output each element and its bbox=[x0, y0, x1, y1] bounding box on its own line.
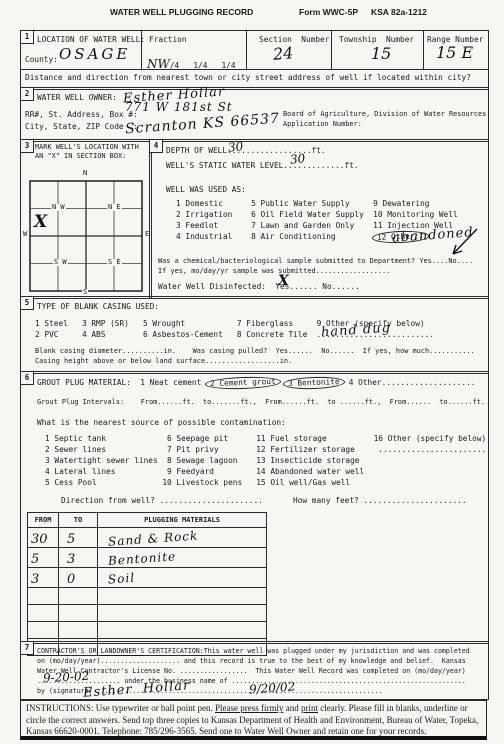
section-5-title: TYPE OF BLANK CASING USED: bbox=[37, 302, 159, 312]
from-value bbox=[28, 605, 59, 622]
section-3-title-line1: MARK WELL'S LOCATION WITH bbox=[35, 143, 139, 152]
section-5-number: 5 bbox=[20, 296, 34, 310]
instructions-underlined-2: print bbox=[301, 703, 318, 713]
quadrant-se-label: S E bbox=[107, 259, 122, 266]
section-3-title-line2: AN "X" IN SECTION BOX: bbox=[35, 152, 126, 161]
page-title: WATER WELL PLUGGING RECORD bbox=[110, 7, 253, 17]
to-value bbox=[59, 588, 98, 605]
water-well-plugging-record-form: WATER WELL PLUGGING RECORD Form WWC-5P K… bbox=[0, 0, 504, 744]
section-5-casing: 5 TYPE OF BLANK CASING USED: 1 Steel 3 R… bbox=[20, 296, 489, 374]
table-row: 3 0 Soil bbox=[28, 568, 267, 588]
grout-bentonite-circled: 3 Bentonite bbox=[283, 376, 345, 390]
address-label: RR#, St. Address, Box #: bbox=[25, 110, 138, 120]
section-1-number: 1 bbox=[20, 30, 34, 44]
material-value bbox=[98, 622, 267, 639]
casing-height-line: Casing height above or below land surfac… bbox=[35, 357, 292, 366]
table-row bbox=[28, 622, 267, 639]
county-value: OSAGE bbox=[59, 45, 130, 63]
section-3-number: 3 bbox=[20, 139, 34, 153]
grout-prefix: GROUT PLUG MATERIAL: 1 Neat cement bbox=[37, 378, 206, 387]
section-number-label: Section Number bbox=[259, 35, 329, 45]
cert-line1a: CONTRACTOR'S OR bbox=[37, 647, 101, 655]
compass-n-label: N bbox=[82, 170, 88, 177]
section-4-well-data: 4 DEPTH OF WELL..................ft. 30 … bbox=[149, 139, 489, 299]
use-options-row1: 1 Domestic 5 Public Water Supply 9 Dewat… bbox=[176, 199, 429, 209]
table-row bbox=[28, 605, 267, 622]
owner-label: WATER WELL OWNER: bbox=[37, 93, 117, 103]
hand-arrow-icon bbox=[444, 226, 480, 260]
address-value: 771 W 181st St bbox=[125, 100, 233, 114]
distance-question: Distance and direction from nearest town… bbox=[25, 73, 471, 83]
divider bbox=[21, 69, 488, 70]
col-materials: PLUGGING MATERIALS bbox=[98, 513, 267, 528]
section-7-certification: 7 CONTRACTOR'S OR LANDOWNER'S CERTIFICAT… bbox=[20, 641, 489, 700]
plugging-table-header-row: FROM TO PLUGGING MATERIALS bbox=[28, 513, 267, 528]
township-number-value: 15 bbox=[371, 44, 391, 63]
contamination-row4: 4 Lateral lines 9 Feedyard 14 Abandoned … bbox=[45, 467, 364, 477]
fraction-label: Fraction bbox=[149, 35, 187, 45]
plugging-table: FROM TO PLUGGING MATERIALS 30 5 Sand & R… bbox=[27, 512, 267, 656]
county-label: County: bbox=[25, 55, 58, 65]
to-value bbox=[59, 622, 98, 639]
cert-line3: Water Well Contractor's License No. ....… bbox=[37, 666, 466, 676]
material-value: Soil bbox=[98, 571, 136, 588]
section-1-title: LOCATION OF WATER WELL: bbox=[37, 35, 145, 45]
use-options-row4: 4 Industrial 8 Air Conditioning 12 Other… bbox=[176, 232, 428, 242]
contamination-row1: 1 Septic tank 6 Seepage pit 11 Fuel stor… bbox=[45, 434, 486, 444]
contamination-question: What is the nearest source of possible c… bbox=[37, 418, 286, 428]
from-value bbox=[28, 588, 59, 605]
table-row: 30 5 Sand & Rock bbox=[28, 528, 267, 548]
completed-date-value: 9-20-02 bbox=[43, 669, 90, 685]
application-number-label: Application Number: bbox=[283, 120, 362, 129]
range-number-value: 15 E bbox=[436, 43, 473, 62]
sample-question: Was a chemical/bacteriological sample su… bbox=[158, 257, 473, 266]
fraction-hand: NW bbox=[147, 57, 170, 71]
grout-cement-circled: 2 Cement grout bbox=[205, 376, 281, 391]
city-value: Scranton KS 66537 bbox=[125, 111, 281, 138]
cert-line2: on (mo/day/year).................... and… bbox=[37, 656, 466, 666]
fraction-printed: /4 1/4 1/4 bbox=[170, 61, 236, 70]
to-value: 5 bbox=[59, 532, 75, 547]
section-2-number: 2 bbox=[20, 87, 34, 101]
cert-line1: CONTRACTOR'S OR LANDOWNER'S CERTIFICATIO… bbox=[37, 646, 470, 656]
form-number: Form WWC-5P bbox=[299, 7, 358, 17]
from-value: 3 bbox=[28, 572, 39, 587]
cert-line1c: CERTIFICATION:This water well was plugge… bbox=[144, 647, 470, 655]
section-6-grout: 6 GROUT PLUG MATERIAL: 1 Neat cement 2 C… bbox=[20, 371, 489, 644]
divider bbox=[423, 31, 424, 69]
contamination-row5: 5 Cess Pool 10 Livestock pens 15 Oil wel… bbox=[45, 478, 350, 488]
section-6-number: 6 bbox=[20, 371, 34, 385]
statute-number: KSA 82a-1212 bbox=[371, 7, 427, 17]
instructions-underlined-1: Please press firmly bbox=[215, 703, 283, 713]
to-value: 0 bbox=[59, 572, 75, 587]
divider bbox=[246, 31, 247, 69]
grout-intervals-line: Grout Plug Intervals: From......ft. to..… bbox=[37, 398, 485, 407]
contamination-row3: 3 Watertight sewer lines 8 Sewage lagoon… bbox=[45, 456, 360, 466]
from-value: 5 bbox=[28, 552, 39, 567]
from-value bbox=[28, 622, 59, 639]
board-text: Board of Agriculture, Division of Water … bbox=[283, 110, 486, 119]
compass-w-label: W bbox=[22, 231, 28, 238]
static-level-line: WELL'S STATIC WATER LEVEL.............ft… bbox=[166, 161, 358, 171]
section-7-number: 7 bbox=[20, 641, 34, 655]
use-options-row4-text: 4 Industrial 8 Air Conditioning bbox=[176, 232, 373, 241]
grout-material-line: GROUT PLUG MATERIAL: 1 Neat cement 2 Cem… bbox=[37, 378, 476, 388]
quadrant-ne-label: N E bbox=[107, 204, 122, 211]
table-row bbox=[28, 588, 267, 605]
well-location-x-mark: X bbox=[34, 212, 47, 232]
sample-date-line: If yes, mo/day/yr sample was submitted..… bbox=[158, 267, 390, 276]
casing-diameter-line: Blank casing diameter..........in. Was c… bbox=[35, 347, 475, 356]
to-value bbox=[59, 605, 98, 622]
instructions-text-2: and bbox=[283, 703, 301, 713]
city-label: City, State, ZIP Code : bbox=[25, 122, 138, 132]
material-value bbox=[98, 605, 267, 622]
static-level-value: 30 bbox=[289, 151, 306, 167]
from-value: 30 bbox=[28, 532, 48, 547]
used-as-label: WELL WAS USED AS: bbox=[166, 185, 246, 195]
material-value: Bentonite bbox=[98, 549, 177, 568]
depth-value: 30 bbox=[227, 139, 244, 155]
section-2-owner: 2 WATER WELL OWNER: Esther Hollar 771 W … bbox=[20, 87, 489, 142]
to-value: 3 bbox=[59, 552, 75, 567]
col-from: FROM bbox=[28, 513, 59, 528]
disinfected-x-mark: X bbox=[278, 273, 289, 289]
instructions-box: INSTRUCTIONS: Use typewriter or ball poi… bbox=[20, 700, 487, 740]
quadrant-sw-label: S W bbox=[53, 259, 68, 266]
divider bbox=[331, 31, 332, 69]
feet-question: How many feet? ...................... bbox=[293, 496, 467, 506]
section-1-location: 1 LOCATION OF WATER WELL: County: OSAGE … bbox=[20, 30, 489, 90]
instructions-text-1: INSTRUCTIONS: Use typewriter or ball poi… bbox=[26, 703, 215, 713]
disinfected-line: Water Well Disinfected: Yes...... No....… bbox=[158, 282, 360, 292]
fraction-value: NW/4 1/4 1/4 bbox=[147, 53, 236, 72]
section-4-number: 4 bbox=[149, 139, 163, 153]
quadrant-nw-label: N W bbox=[51, 204, 66, 211]
table-row: 5 3 Bentonite bbox=[28, 548, 267, 568]
direction-question: Direction from well? ...................… bbox=[61, 496, 263, 506]
col-to: TO bbox=[59, 513, 98, 528]
material-value: Sand & Rock bbox=[98, 529, 199, 550]
cert-landowner-underlined: LANDOWNER'S bbox=[101, 647, 145, 656]
compass-s-label: S bbox=[82, 289, 88, 296]
contamination-row2: 2 Sewer lines 7 Pit privy 12 Fertilizer … bbox=[45, 445, 486, 455]
section-3-location-grid: 3 MARK WELL'S LOCATION WITH AN "X" IN SE… bbox=[20, 139, 152, 299]
section-grid bbox=[29, 180, 143, 292]
section-number-value: 24 bbox=[272, 43, 294, 64]
material-value bbox=[98, 588, 267, 605]
grout-suffix: 4 Other.................... bbox=[344, 378, 475, 387]
use-options-row2: 2 Irrigation 6 Oil Field Water Supply 10… bbox=[176, 210, 458, 220]
